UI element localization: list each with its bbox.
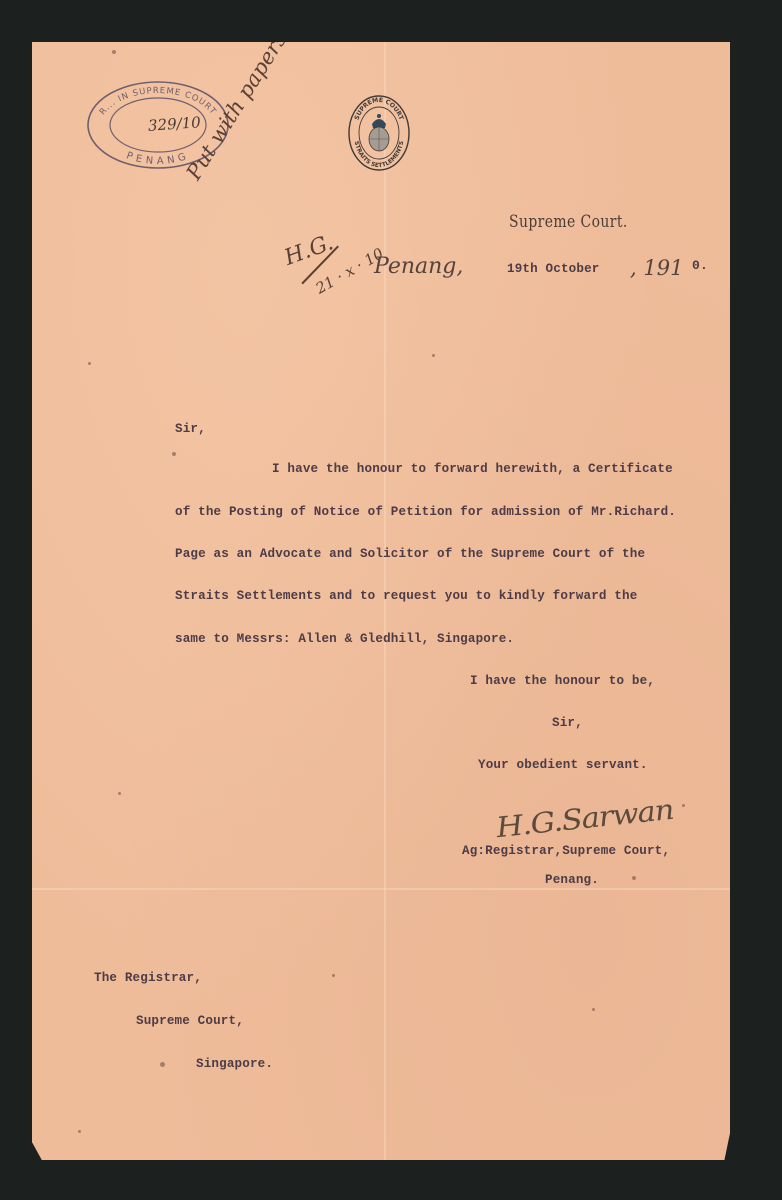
svg-text:PENANG: PENANG <box>125 150 191 167</box>
closing-line-1: I have the honour to be, <box>470 674 655 688</box>
paper-speck <box>112 50 116 54</box>
paper-speck <box>632 876 636 880</box>
signatory-title: Ag:Registrar,Supreme Court, <box>462 844 670 858</box>
paper-speck <box>592 1008 595 1011</box>
horizontal-fold-line <box>32 888 730 890</box>
paper-speck <box>88 362 91 365</box>
paper-speck <box>682 804 685 807</box>
handwritten-signature: H.G.Sarwan <box>495 793 675 844</box>
closing-line-3: Your obedient servant. <box>478 758 648 772</box>
crown-crest-icon: SUPREME COURT STRAITS SETTLEMENTS <box>348 94 410 172</box>
addressee-line-2: Supreme Court, <box>136 1014 244 1028</box>
paper-speck <box>78 1130 81 1133</box>
letterhead-title: Supreme Court. <box>509 212 628 232</box>
letterhead-year-suffix: 0. <box>692 258 708 273</box>
addressee-line-1: The Registrar, <box>94 971 202 985</box>
body-line-4: Straits Settlements and to request you t… <box>175 589 637 603</box>
paper-speck <box>118 792 121 795</box>
body-line-2: of the Posting of Notice of Petition for… <box>175 505 676 519</box>
body-line-5: same to Messrs: Allen & Gledhill, Singap… <box>175 632 514 646</box>
paper-speck <box>172 452 176 456</box>
paper-speck <box>160 1062 165 1067</box>
closing-line-2: Sir, <box>552 716 583 730</box>
letterhead-place: Penang, <box>374 254 463 279</box>
registry-number: 329/10 <box>147 113 201 135</box>
signatory-place: Penang. <box>545 873 599 887</box>
paper-speck <box>432 354 435 357</box>
body-line-3: Page as an Advocate and Solicitor of the… <box>175 547 645 561</box>
letter-paper: R... IN SUPREME COURT PENANG 329/10 SUPR… <box>32 42 730 1160</box>
paper-speck <box>332 974 335 977</box>
body-line-1: I have the honour to forward herewith, a… <box>272 462 673 476</box>
addressee-line-3: Singapore. <box>196 1057 273 1071</box>
letterhead-year-prefix: , 191 <box>630 256 683 280</box>
handwritten-initials: H.G. <box>281 230 337 271</box>
salutation: Sir, <box>175 422 206 436</box>
svg-text:SUPREME COURT: SUPREME COURT <box>354 97 405 122</box>
letter-date: 19th October <box>507 262 600 276</box>
